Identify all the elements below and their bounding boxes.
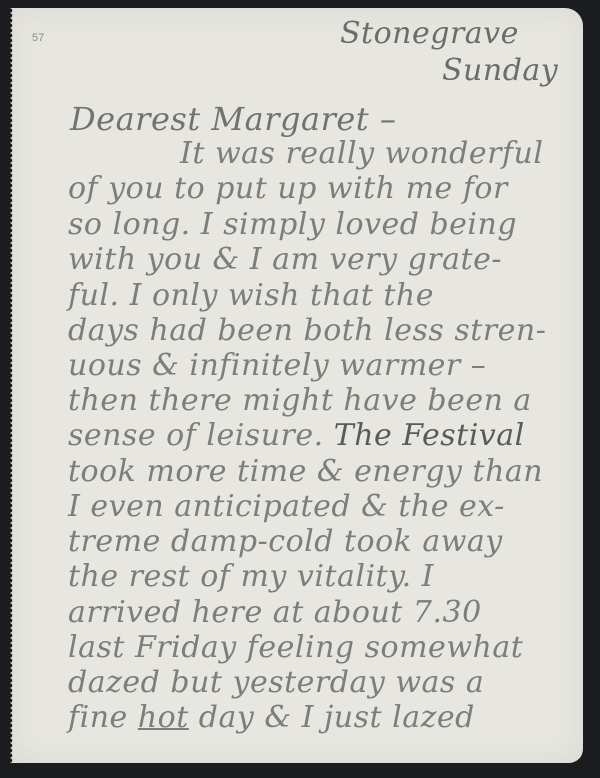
letter-line: the rest of my vitality. I	[68, 559, 434, 594]
letter-line: ful. I only wish that the	[68, 278, 434, 313]
letter-line-text: day & I just lazed	[189, 700, 475, 735]
letter-line: It was really wonderful	[180, 136, 543, 171]
underlined-word: hot	[138, 700, 189, 735]
letter-day: Sunday	[442, 53, 558, 88]
letter-line: then there might have been a	[68, 383, 532, 418]
letter-line: I even anticipated & the ex-	[68, 489, 505, 524]
letter-line: with you & I am very grate-	[68, 242, 502, 277]
letter-line: uous & infinitely warmer –	[68, 348, 486, 383]
letter-page: 57 Stonegrave Sunday Dearest Margaret – …	[10, 8, 583, 763]
letter-line-text: fine	[68, 700, 138, 735]
archive-page-number: 57	[32, 32, 44, 44]
letter-place: Stonegrave	[340, 16, 519, 51]
letter-line: of you to put up with me for	[68, 171, 508, 206]
letter-line: last Friday feeling somewhat	[68, 630, 523, 665]
letter-line-text-festival: The Festival	[334, 418, 525, 453]
letter-line-text: sense of leisure.	[68, 418, 334, 453]
letter-line: sense of leisure. The Festival	[68, 418, 525, 453]
letter-line: took more time & energy than	[68, 454, 543, 489]
letter-line: dazed but yesterday was a	[68, 665, 484, 700]
letter-line: so long. I simply loved being	[68, 207, 517, 242]
letter-line: arrived here at about 7.30	[68, 595, 482, 630]
perforated-edge	[10, 8, 15, 763]
letter-line: treme damp-cold took away	[68, 524, 503, 559]
letter-line: fine hot day & I just lazed	[68, 700, 475, 735]
salutation: Dearest Margaret –	[70, 100, 396, 138]
letter-line: days had been both less stren-	[68, 313, 546, 348]
